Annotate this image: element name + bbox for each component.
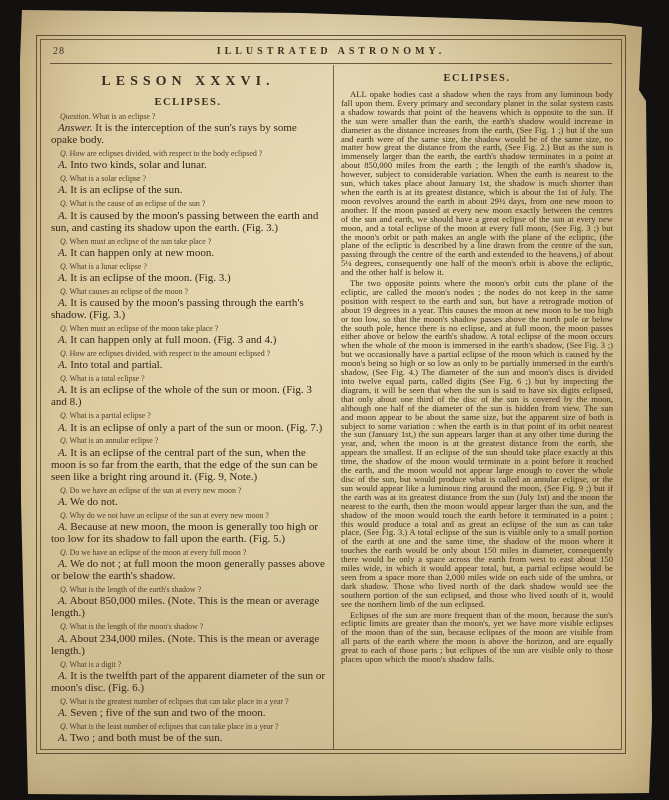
question-line: Q. Do we have an eclipse of the sun at e… [51, 486, 325, 495]
answer-line: A. It is an eclipse of the sun. [51, 184, 325, 196]
left-column: LESSON XXXVI. ECLIPSES. Question. What i… [41, 65, 333, 749]
question-line: Q. What is a lunar eclipse ? [51, 262, 325, 271]
qa-item: Q. What is an annular eclipse ?A. It is … [51, 436, 325, 482]
answer-label: A. [58, 447, 67, 459]
answer-label: A. [58, 247, 67, 259]
question-line: Q. How are eclipses divided, with respec… [51, 149, 325, 158]
qa-item: Q. What is the length of the earth's sha… [51, 585, 325, 619]
answer-label: A. [58, 422, 67, 434]
question-label: Q. [60, 585, 68, 594]
right-section-heading: ECLIPSES. [341, 73, 613, 84]
question-line: Question. What is an eclipse ? [51, 112, 325, 121]
answer-line: A. It is an eclipse of only a part of th… [51, 422, 325, 434]
question-line: Q. What is the length of the moon's shad… [51, 622, 325, 631]
qa-item: Q. How are eclipses divided, with respec… [51, 149, 325, 171]
answer-label: A. [58, 732, 67, 744]
question-label: Q. [60, 436, 68, 445]
answer-line: A. It is caused by the moon's passing th… [51, 297, 325, 321]
body-paragraph: The two opposite points where the moon's… [341, 279, 613, 609]
text-columns: LESSON XXXVI. ECLIPSES. Question. What i… [41, 65, 621, 749]
answer-line: A. It is an eclipse of the central part … [51, 447, 325, 483]
question-label: Q. [60, 548, 68, 557]
lesson-heading: LESSON XXXVI. [51, 74, 325, 90]
question-label: Q. [60, 486, 68, 495]
answer-label: A. [58, 670, 67, 682]
answer-line: A. It is the twelfth part of the apparen… [51, 670, 325, 694]
qa-item: Q. What is a total eclipse ?A. It is an … [51, 374, 325, 408]
answer-line: A. It is caused by the moon's passing be… [51, 210, 325, 234]
qa-item: Q. When must an eclipse of the sun take … [51, 237, 325, 259]
answer-line: A. It can happen only at new moon. [51, 247, 325, 259]
qa-item: Q. When must an eclipse of the moon take… [51, 324, 325, 346]
question-label: Q. [60, 349, 68, 358]
answer-label: A. [58, 159, 67, 171]
answer-line: Answer. It is the interception of the su… [51, 122, 325, 146]
body-paragraph: Eclipses of the sun are more frequent th… [341, 611, 613, 664]
question-label: Q. [60, 660, 68, 669]
question-label: Q. [60, 511, 68, 520]
answer-label: A. [58, 707, 67, 719]
question-label: Question. [60, 112, 90, 121]
answer-label: A. [58, 595, 67, 607]
qa-item: Q. Do we have an eclipse of the moon at … [51, 548, 325, 582]
answer-line: A. It is an eclipse of the moon. (Fig. 3… [51, 272, 325, 284]
qa-item: Q. What is the cause of an eclipse of th… [51, 199, 325, 233]
qa-item: Q. What causes an eclipse of the moon ?A… [51, 287, 325, 321]
question-line: Q. What is an annular eclipse ? [51, 436, 325, 445]
question-label: Q. [60, 262, 68, 271]
answer-label: A. [58, 558, 67, 570]
qa-item: Q. What is the least number of eclipses … [51, 722, 325, 744]
page-header: 28 ILLUSTRATED ASTRONOMY. [41, 40, 621, 63]
question-label: Q. [60, 411, 68, 420]
question-line: Q. When must an eclipse of the moon take… [51, 324, 325, 333]
answer-label: A. [58, 297, 67, 309]
answer-line: A. We do not. [51, 496, 325, 508]
answer-line: A. Two ; and both must be of the sun. [51, 732, 325, 744]
qa-item: Q. What is the length of the moon's shad… [51, 622, 325, 656]
page-border: 28 ILLUSTRATED ASTRONOMY. LESSON XXXVI. … [36, 35, 626, 754]
qa-item: Q. What is a digit ?A. It is the twelfth… [51, 660, 325, 694]
qa-item: Question. What is an eclipse ?Answer. It… [51, 112, 325, 146]
answer-label: A. [58, 272, 67, 284]
running-title: ILLUSTRATED ASTRONOMY. [41, 46, 621, 57]
question-label: Q. [60, 324, 68, 333]
question-label: Q. [60, 697, 68, 706]
scanned-book-page: 28 ILLUSTRATED ASTRONOMY. LESSON XXXVI. … [0, 0, 669, 800]
question-label: Q. [60, 374, 68, 383]
question-line: Q. What is a partial eclipse ? [51, 411, 325, 420]
question-line: Q. Why do we not have an eclipse of the … [51, 511, 325, 520]
question-line: Q. What is a digit ? [51, 660, 325, 669]
question-label: Q. [60, 622, 68, 631]
answer-label: A. [58, 334, 67, 346]
answer-label: A. [58, 359, 67, 371]
qa-item: Q. What is a lunar eclipse ?A. It is an … [51, 262, 325, 284]
qa-item: Q. What is the greatest number of eclips… [51, 697, 325, 719]
answer-line: A. Into two kinds, solar and lunar. [51, 159, 325, 171]
answer-label: A. [58, 184, 67, 196]
qa-item: Q. Do we have an eclipse of the sun at e… [51, 486, 325, 508]
body-paragraph: ALL opake bodies cast a shadow when the … [341, 90, 613, 277]
answer-line: A. Seven ; five of the sun and two of th… [51, 707, 325, 719]
answer-label: A. [58, 384, 67, 396]
question-label: Q. [60, 174, 68, 183]
qa-item: Q. Why do we not have an eclipse of the … [51, 511, 325, 545]
header-rule [50, 63, 612, 64]
question-label: Q. [60, 237, 68, 246]
question-line: Q. What is a total eclipse ? [51, 374, 325, 383]
answer-label: A. [58, 210, 67, 222]
question-label: Q. [60, 287, 68, 296]
question-line: Q. What is the length of the earth's sha… [51, 585, 325, 594]
answer-label: Answer. [58, 122, 93, 134]
answer-label: A. [58, 521, 67, 533]
answer-line: A. Because at new moon, the moon is gene… [51, 521, 325, 545]
question-line: Q. When must an eclipse of the sun take … [51, 237, 325, 246]
question-label: Q. [60, 722, 68, 731]
answer-line: A. It can happen only at full moon. (Fig… [51, 334, 325, 346]
question-line: Q. What is the least number of eclipses … [51, 722, 325, 731]
qa-list: Question. What is an eclipse ?Answer. It… [51, 112, 325, 744]
paper-sheet: 28 ILLUSTRATED ASTRONOMY. LESSON XXXVI. … [0, 0, 669, 800]
question-line: Q. What is a solar eclipse ? [51, 174, 325, 183]
question-line: Q. What causes an eclipse of the moon ? [51, 287, 325, 296]
question-label: Q. [60, 199, 68, 208]
answer-line: A. It is an eclipse of the whole of the … [51, 384, 325, 408]
paragraph-list: ALL opake bodies cast a shadow when the … [341, 90, 613, 664]
question-label: Q. [60, 149, 68, 158]
qa-item: Q. What is a solar eclipse ?A. It is an … [51, 174, 325, 196]
answer-line: A. About 850,000 miles. (Note. This is t… [51, 595, 325, 619]
page-inner-border: 28 ILLUSTRATED ASTRONOMY. LESSON XXXVI. … [40, 39, 622, 750]
question-line: Q. What is the cause of an eclipse of th… [51, 199, 325, 208]
qa-item: Q. How are eclipses divided, with respec… [51, 349, 325, 371]
question-line: Q. How are eclipses divided, with respec… [51, 349, 325, 358]
question-line: Q. What is the greatest number of eclips… [51, 697, 325, 706]
answer-line: A. We do not ; at full moon the moon gen… [51, 558, 325, 582]
question-line: Q. Do we have an eclipse of the moon at … [51, 548, 325, 557]
qa-item: Q. What is a partial eclipse ?A. It is a… [51, 411, 325, 433]
answer-line: A. About 234,000 miles. (Note. This is t… [51, 633, 325, 657]
left-section-heading: ECLIPSES. [51, 97, 325, 108]
answer-line: A. Into total and partial. [51, 359, 325, 371]
answer-label: A. [58, 633, 67, 645]
right-column: ECLIPSES. ALL opake bodies cast a shadow… [334, 65, 621, 749]
answer-label: A. [58, 496, 67, 508]
